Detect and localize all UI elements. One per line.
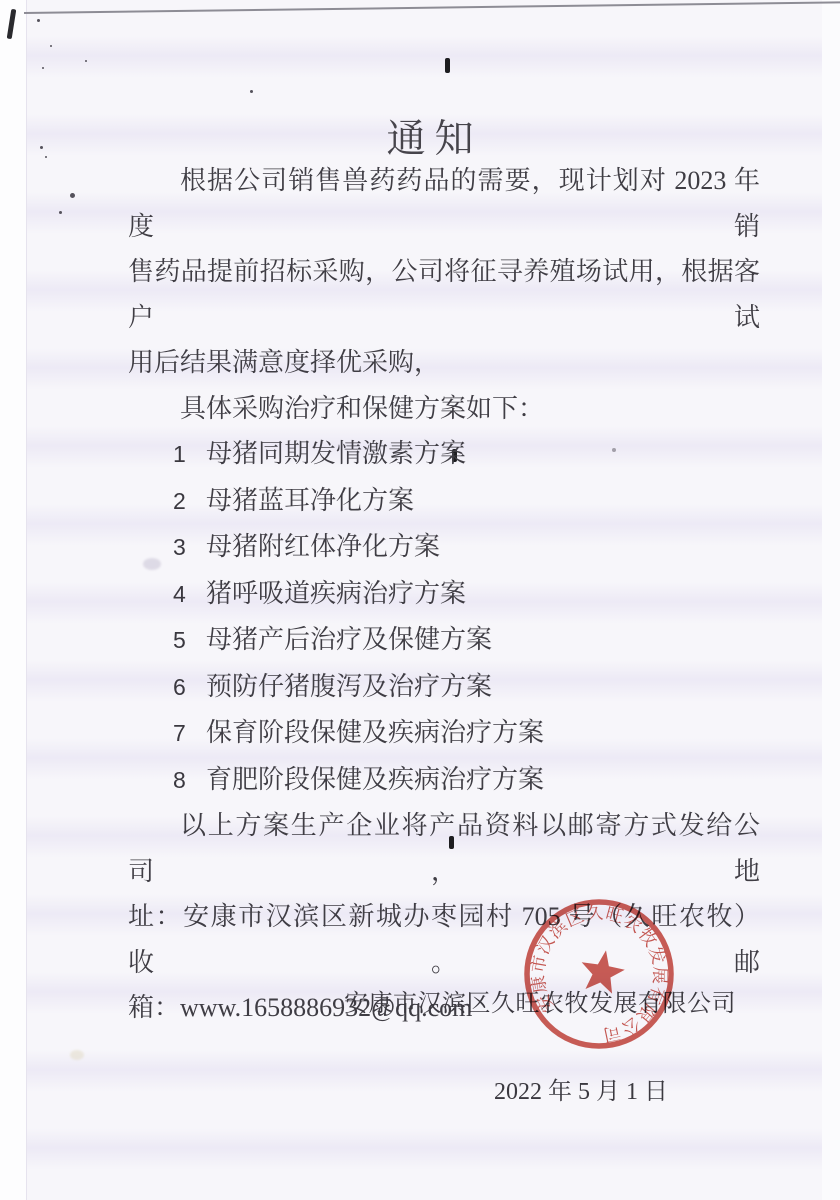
notice-title: 通知 (10, 108, 840, 164)
plan-item-text: 母猪产后治疗及保健方案 (206, 625, 492, 654)
body-line: 用后结果满意度择优采购， (128, 340, 760, 386)
scan-top-edge-artifact (24, 1, 840, 14)
scan-speck (50, 45, 52, 47)
scan-speck (42, 67, 44, 69)
notice-date: 2022 年 5 月 1 日 (494, 1071, 668, 1106)
plan-item-number: 1 (173, 432, 189, 478)
plan-item-text: 预防仔猪腹泻及治疗方案 (206, 672, 492, 701)
plan-item: 4猪呼吸道疾病治疗方案 (128, 571, 760, 618)
plan-item-number: 8 (173, 758, 189, 804)
plan-item-number: 4 (173, 572, 189, 618)
plan-item-text: 保育阶段保健及疾病治疗方案 (206, 718, 544, 747)
plan-item: 3母猪附红体净化方案 (128, 524, 760, 571)
body-line: 以上方案生产企业将产品资料以邮寄方式发给公司，地 (128, 803, 760, 894)
plan-item: 2母猪蓝耳净化方案 (128, 478, 760, 525)
plan-item-text: 育肥阶段保健及疾病治疗方案 (206, 765, 544, 794)
plan-item: 8育肥阶段保健及疾病治疗方案 (128, 757, 760, 804)
plan-item-text: 母猪附红体净化方案 (206, 532, 440, 561)
body-line: 根据公司销售兽药药品的需要，现计划对 2023 年度销 (128, 158, 760, 249)
scan-smudge (70, 1050, 84, 1060)
plan-item-number: 7 (173, 711, 189, 757)
plan-item: 1母猪同期发情激素方案 (128, 431, 760, 478)
scan-speck (37, 19, 40, 22)
scanned-notice-document: 通知 根据公司销售兽药药品的需要，现计划对 2023 年度销售药品提前招标采购，… (0, 0, 840, 1200)
plan-item-number: 3 (173, 525, 189, 571)
scan-speck (59, 211, 62, 214)
plan-item-text: 猪呼吸道疾病治疗方案 (206, 579, 466, 608)
scan-right-edge (822, 0, 840, 1200)
scan-speck (250, 90, 253, 93)
body-line: 售药品提前招标采购，公司将征寻养殖场试用，根据客户试 (128, 249, 760, 340)
plan-item: 7保育阶段保健及疾病治疗方案 (128, 710, 760, 757)
seal-star-icon (577, 947, 627, 996)
plan-item: 5母猪产后治疗及保健方案 (128, 617, 760, 664)
ink-dash-artifact (445, 58, 450, 73)
plan-item-number: 6 (173, 665, 189, 711)
scan-speck (85, 60, 87, 62)
scan-left-edge (0, 0, 27, 1200)
plan-item-number: 5 (173, 618, 189, 664)
plan-item-number: 2 (173, 479, 189, 525)
plan-item: 6预防仔猪腹泻及治疗方案 (128, 664, 760, 711)
body-line: 具体采购治疗和保健方案如下： (128, 386, 760, 432)
scan-speck (70, 193, 75, 198)
plan-item-text: 母猪蓝耳净化方案 (206, 486, 414, 515)
company-seal: 安康市汉滨区久旺农牧发展有限公司 (519, 896, 679, 1056)
plan-item-text: 母猪同期发情激素方案 (206, 439, 466, 468)
